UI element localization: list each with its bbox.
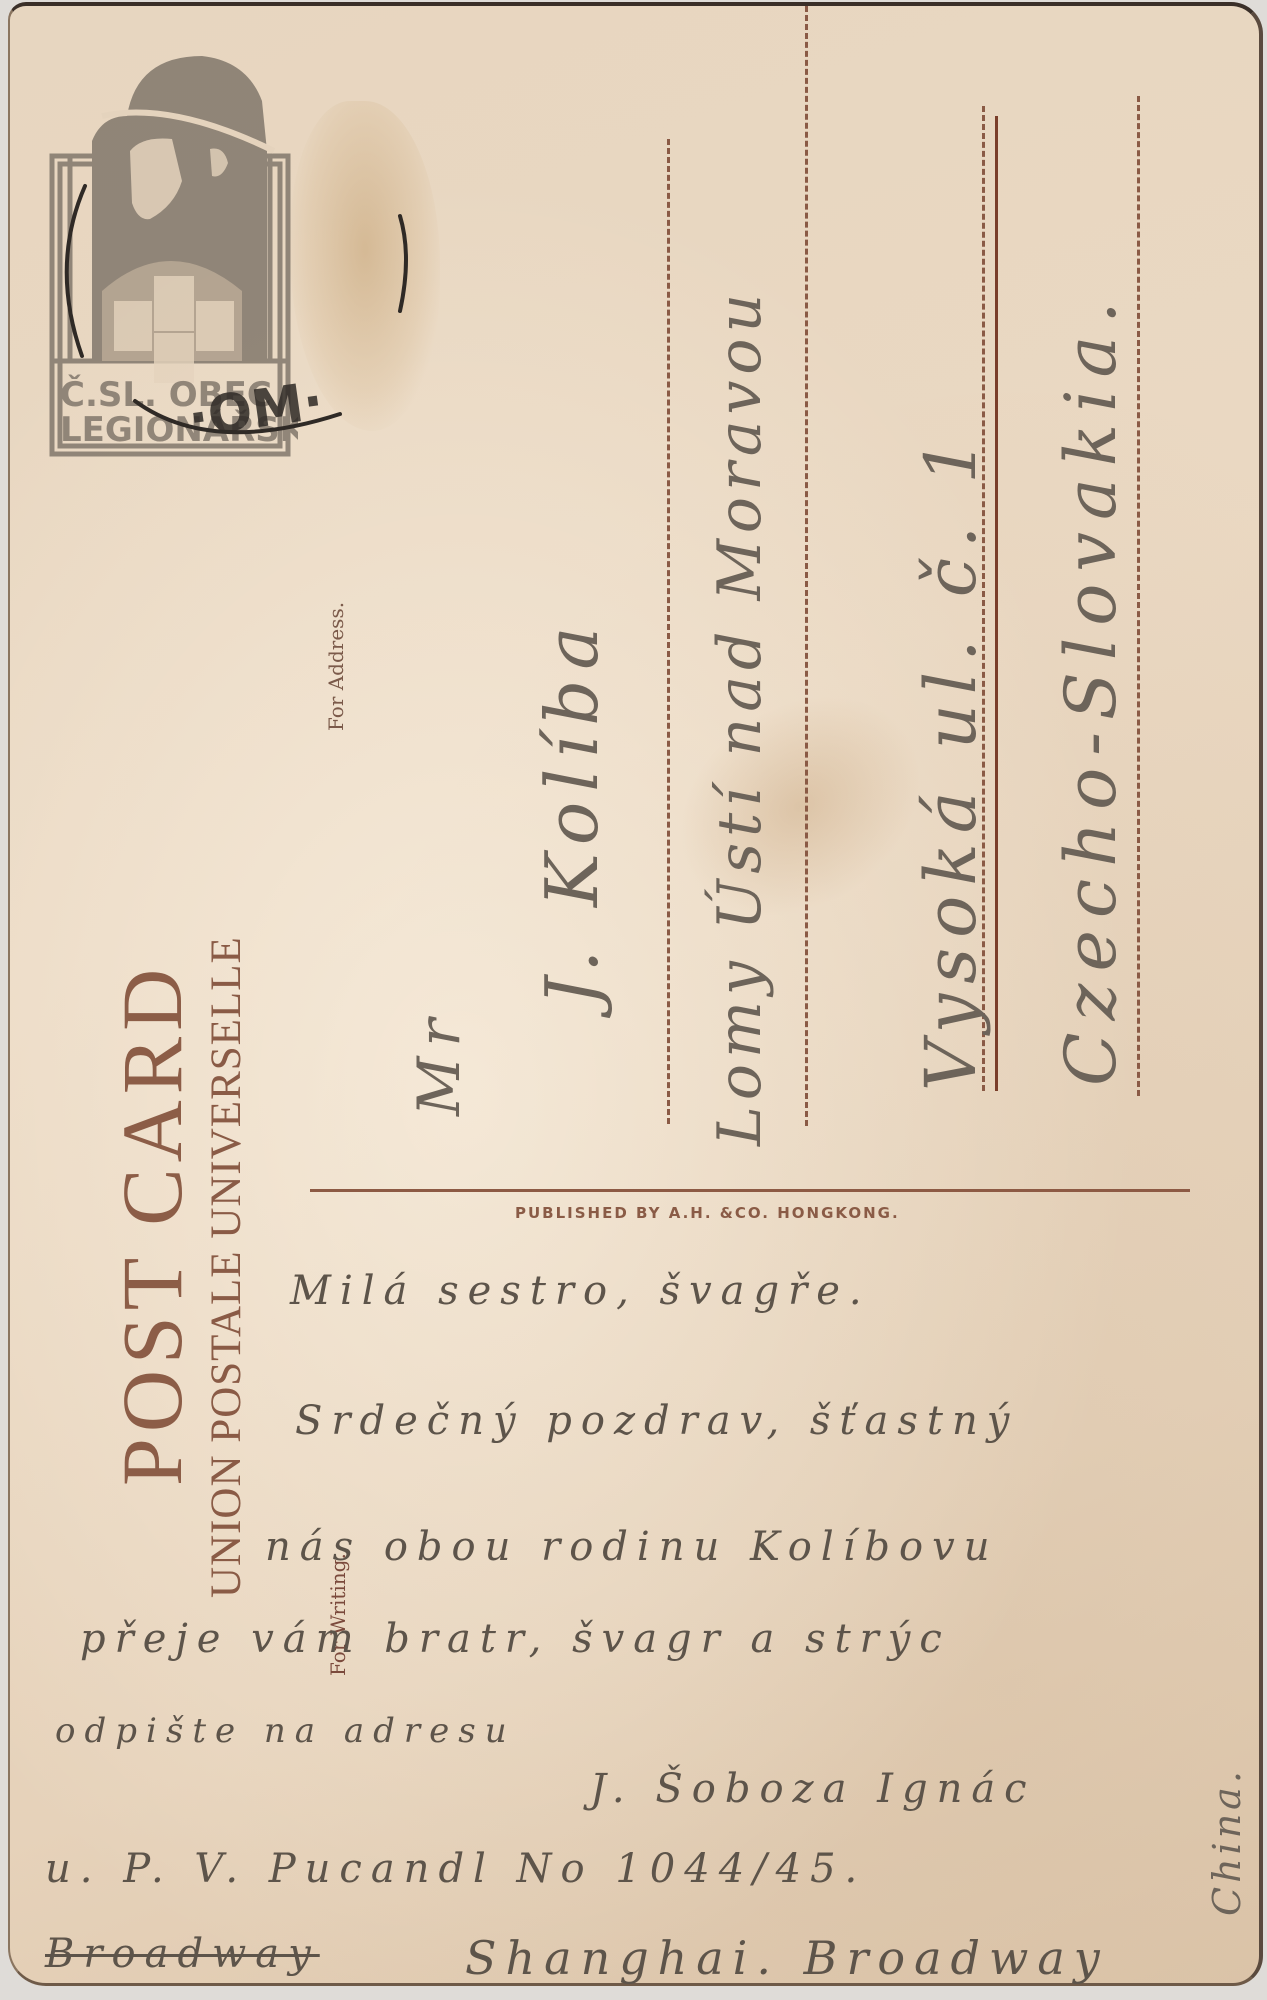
post-card-title: POST CARD <box>102 963 202 1486</box>
message-line: Milá sestro, švagře. <box>290 1268 871 1314</box>
address-line: J. Kolíba <box>530 617 614 1006</box>
address-line: Mr <box>405 1009 473 1116</box>
for-address-label: For Address. <box>324 602 348 731</box>
message-line: nás obou rodinu Kolíbovu <box>265 1524 998 1570</box>
struck-out-word: Broadway <box>45 1931 320 1977</box>
message-line: přeje vám bratr, švagr a strýc <box>80 1616 951 1662</box>
svg-text:·OM·: ·OM· <box>185 371 328 449</box>
address-line: Czecho-Slovakia. <box>1050 289 1132 1086</box>
message-line: J. Šoboza Ignác <box>590 1766 1036 1812</box>
message-line: Srdečný pozdrav, šťastný <box>295 1398 1018 1444</box>
message-line: u. P. V. Pucandl No 1044/45. <box>45 1846 866 1892</box>
circular-postmark-icon: ·OM· <box>40 146 430 466</box>
publisher-imprint: PUBLISHED BY A.H. &CO. HONGKONG. <box>515 1204 900 1222</box>
address-line: Lomy Ústí nad Moravou <box>705 288 775 1146</box>
message-line: Shanghai. Broadway <box>465 1931 1109 1985</box>
union-postale-universelle: UNION POSTALE UNIVERSELLE <box>202 936 251 1598</box>
address-guide-line <box>667 139 670 1124</box>
address-guide-line <box>1137 96 1140 1096</box>
address-line: Vysoká ul. č. 1 <box>910 429 992 1091</box>
section-divider <box>310 1189 1190 1192</box>
postcard: Č.SL. OBEC LEGIONÁŘSKÁ ·OM· POST CARD UN… <box>8 2 1263 1986</box>
message-line: odpište na adresu <box>55 1711 516 1751</box>
address-underline <box>995 116 998 1091</box>
message-line: China. <box>1205 1767 1249 1916</box>
address-guide-line <box>805 6 808 1126</box>
